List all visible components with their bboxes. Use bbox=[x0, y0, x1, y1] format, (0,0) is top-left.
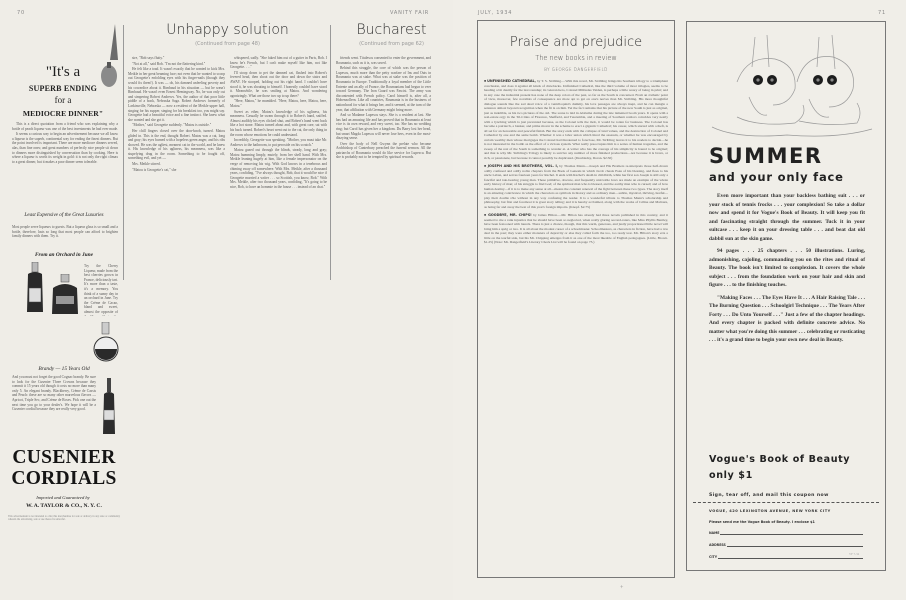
column-divider bbox=[123, 25, 124, 280]
paragraph: Her chill fingers closed over the door-k… bbox=[128, 129, 225, 161]
vogue-body-text: Even more important than your backless b… bbox=[709, 192, 865, 349]
paragraph: "Matou is Georgette's cat," she bbox=[128, 168, 225, 173]
article1-column2: whispered, sadly. "She faked him out of … bbox=[230, 56, 327, 278]
address-label: ADDRESS bbox=[709, 543, 726, 547]
review-text: by T. S. Stribling.—With this novel, Mr.… bbox=[484, 79, 668, 160]
paragraph: Matou gazed out through the blinds, stea… bbox=[230, 148, 327, 189]
review-entries: ■ UNFINISHED CATHEDRAL, by T. S. Stribli… bbox=[484, 79, 668, 569]
article-title-bucharest: Bucharest bbox=[334, 22, 449, 38]
ad-intro-paragraph: This is a direct quotation from a friend… bbox=[12, 122, 118, 131]
offer-title: Vogue's Book of Beauty bbox=[709, 452, 869, 468]
coupon-instruction: Please send me the Vogue Book of Beauty.… bbox=[709, 520, 815, 524]
decanter-illustration bbox=[106, 24, 120, 64]
coupon-address: VOGUE, 420 LEXINGTON AVENUE, NEW YORK CI… bbox=[709, 509, 831, 513]
city-label: CITY bbox=[709, 555, 717, 559]
coupon-tear-line[interactable] bbox=[693, 502, 879, 503]
review-text: by Thomas Mann.—Joseph and His Brothers … bbox=[484, 164, 668, 209]
ad-intro-text: This is a direct quotation from a friend… bbox=[12, 122, 118, 208]
article-continued-note: (Continued from page 48) bbox=[130, 41, 325, 47]
paragraph: Incredibly, Georgette was speaking. "Mot… bbox=[230, 138, 327, 147]
paragraph: Sweet as ether, Matou's knowledge of his… bbox=[230, 110, 327, 138]
article1-column1: sire, "Bob says flutty." "Not at all," s… bbox=[128, 56, 225, 278]
paragraph: "Here, Matou," he mumbled. "Here, Matou,… bbox=[230, 99, 327, 108]
vogue-headline-face: and your only face bbox=[709, 170, 844, 184]
sunbathers-illustration bbox=[697, 27, 877, 142]
issue-date: JULY, 1934 bbox=[478, 10, 512, 16]
paragraph: Behind this struggle, the core of which … bbox=[336, 66, 431, 112]
paragraph: And so Madame Lupescu stays. She is a re… bbox=[336, 113, 431, 141]
vogue-paragraph: 94 pages . . . 25 chapters . . . 50 illu… bbox=[709, 247, 865, 290]
ad-headline-quote: "It's a bbox=[6, 64, 120, 80]
coupon-code: VF 7-34 bbox=[849, 552, 859, 556]
ad-headline-4: MEDIOCRE DINNER" bbox=[6, 109, 120, 118]
importer-name: W. A. TAYLOR & CO., N. Y. C. bbox=[6, 503, 122, 509]
vogue-ad-box: SUMMER and your only face Even more impo… bbox=[686, 21, 886, 571]
vogue-paragraph: Even more important than your backless b… bbox=[709, 192, 865, 243]
ad-section3-text: And you must not forget the good Cognac … bbox=[12, 375, 96, 435]
ad-section2-text bbox=[12, 318, 90, 354]
ad-section3-title: Brandy — 15 Years Old bbox=[10, 366, 118, 372]
cacao-bottle-illustration bbox=[50, 274, 80, 316]
ad-section1-text: Most people serve liqueurs to guests. Bu… bbox=[12, 225, 118, 245]
ad-headline-2: SUPERB ENDING bbox=[6, 84, 120, 93]
brand-name-line1: CUSENIER bbox=[6, 448, 122, 468]
review-text: by James Hilton.—Mr. Hilton has already … bbox=[484, 213, 668, 244]
paragraph: "Not at all," said Bob. "I'm not the fla… bbox=[128, 62, 225, 67]
paragraph: friends went. Titulescu consented to ent… bbox=[336, 56, 431, 65]
ad-disclaimer: This advertisement is not intended to of… bbox=[8, 515, 120, 527]
ad-intro-paragraph: It seems a curious way to begin an adver… bbox=[12, 132, 118, 164]
book-review-box: Praise and prejudice The new books in re… bbox=[477, 20, 675, 578]
page-mark: + bbox=[620, 585, 623, 591]
cusenier-ad: "It's a SUPERB ENDING for a MEDIOCRE DIN… bbox=[6, 22, 120, 592]
city-input-line[interactable] bbox=[718, 554, 863, 559]
column-divider bbox=[330, 25, 331, 280]
article2-column1: friends went. Titulescu consented to ent… bbox=[336, 56, 431, 278]
book-title: UNFINISHED CATHEDRAL, bbox=[487, 79, 536, 83]
paragraph: "Mother," said Georgette suddenly. "Mato… bbox=[128, 123, 225, 128]
review-subtitle: The new books in review bbox=[478, 54, 674, 62]
coupon-address-field[interactable]: ADDRESS bbox=[709, 542, 863, 547]
ad-section2-text-side: Try the Cherry Liqueur, made from the be… bbox=[84, 264, 118, 316]
review-entry: ■ JOSEPH AND HIS BROTHERS, VOL. I, by Th… bbox=[484, 164, 668, 209]
paragraph: sire, "Bob says flutty." bbox=[128, 56, 225, 61]
page-number-right: 71 bbox=[878, 10, 886, 16]
vogue-offer: Vogue's Book of Beauty only $1 bbox=[709, 452, 869, 484]
review-entry: ■ GOODBYE, MR. CHIPS! by James Hilton.—M… bbox=[484, 213, 668, 245]
paragraph: whispered, sadly. "She faked him out of … bbox=[230, 56, 327, 70]
address-input-line[interactable] bbox=[727, 542, 863, 547]
brand-name-line2: CORDIALS bbox=[6, 469, 122, 489]
page-number-left: 70 bbox=[17, 10, 25, 16]
article-continued-note: (Continued from page 62) bbox=[334, 41, 449, 47]
importer-tagline: Imported and Guaranteed by bbox=[6, 495, 120, 500]
coupon-cta: Sign, tear off, and mail this coupon now bbox=[709, 493, 829, 498]
paragraph: Mrs. Meikle stirred. bbox=[128, 162, 225, 167]
offer-price: only $1 bbox=[709, 468, 869, 484]
ad-section1-title: Least Expensive of the Great Luxuries bbox=[10, 212, 118, 218]
ad-section2-title: From an Orchard in June bbox=[10, 252, 118, 258]
book-title: JOSEPH AND HIS BROTHERS, VOL. I, bbox=[488, 164, 558, 168]
coupon-name-field[interactable]: NAME bbox=[709, 530, 863, 535]
vogue-headline-summer: SUMMER bbox=[709, 144, 823, 168]
review-entry: ■ UNFINISHED CATHEDRAL, by T. S. Stribli… bbox=[484, 79, 668, 160]
running-head: VANITY FAIR bbox=[390, 10, 429, 16]
name-input-line[interactable] bbox=[720, 530, 863, 535]
paragraph: Over the body of Nell Gwynn the prelate … bbox=[336, 142, 431, 160]
brandy-bottle-illustration bbox=[100, 378, 118, 436]
paragraph: I'll stoop down to pet the damned cat, f… bbox=[230, 71, 327, 99]
right-page: JULY, 1934 71 Praise and prejudice The n… bbox=[453, 0, 906, 600]
book-title: GOODBYE, MR. CHIPS! bbox=[488, 213, 532, 217]
coupon-city-field[interactable]: CITY bbox=[709, 554, 863, 559]
cherry-bottle-illustration bbox=[24, 262, 46, 314]
article-title-unhappy-solution: Unhappy solution bbox=[130, 22, 325, 38]
curacao-bottle-illustration bbox=[92, 322, 120, 362]
paragraph: He felt like a toad. It wasn't exactly t… bbox=[128, 67, 225, 122]
vogue-paragraph: "Making Faces . . . The Eyes Have It . .… bbox=[709, 294, 865, 345]
review-title: Praise and prejudice bbox=[478, 35, 674, 50]
ad-headline-3: for a bbox=[6, 95, 120, 105]
left-page: 70 VANITY FAIR "It's a SUPERB ENDING for… bbox=[0, 0, 453, 600]
review-byline: BY GEORGE DANGERFIELD bbox=[478, 67, 674, 72]
name-label: NAME bbox=[709, 531, 719, 535]
